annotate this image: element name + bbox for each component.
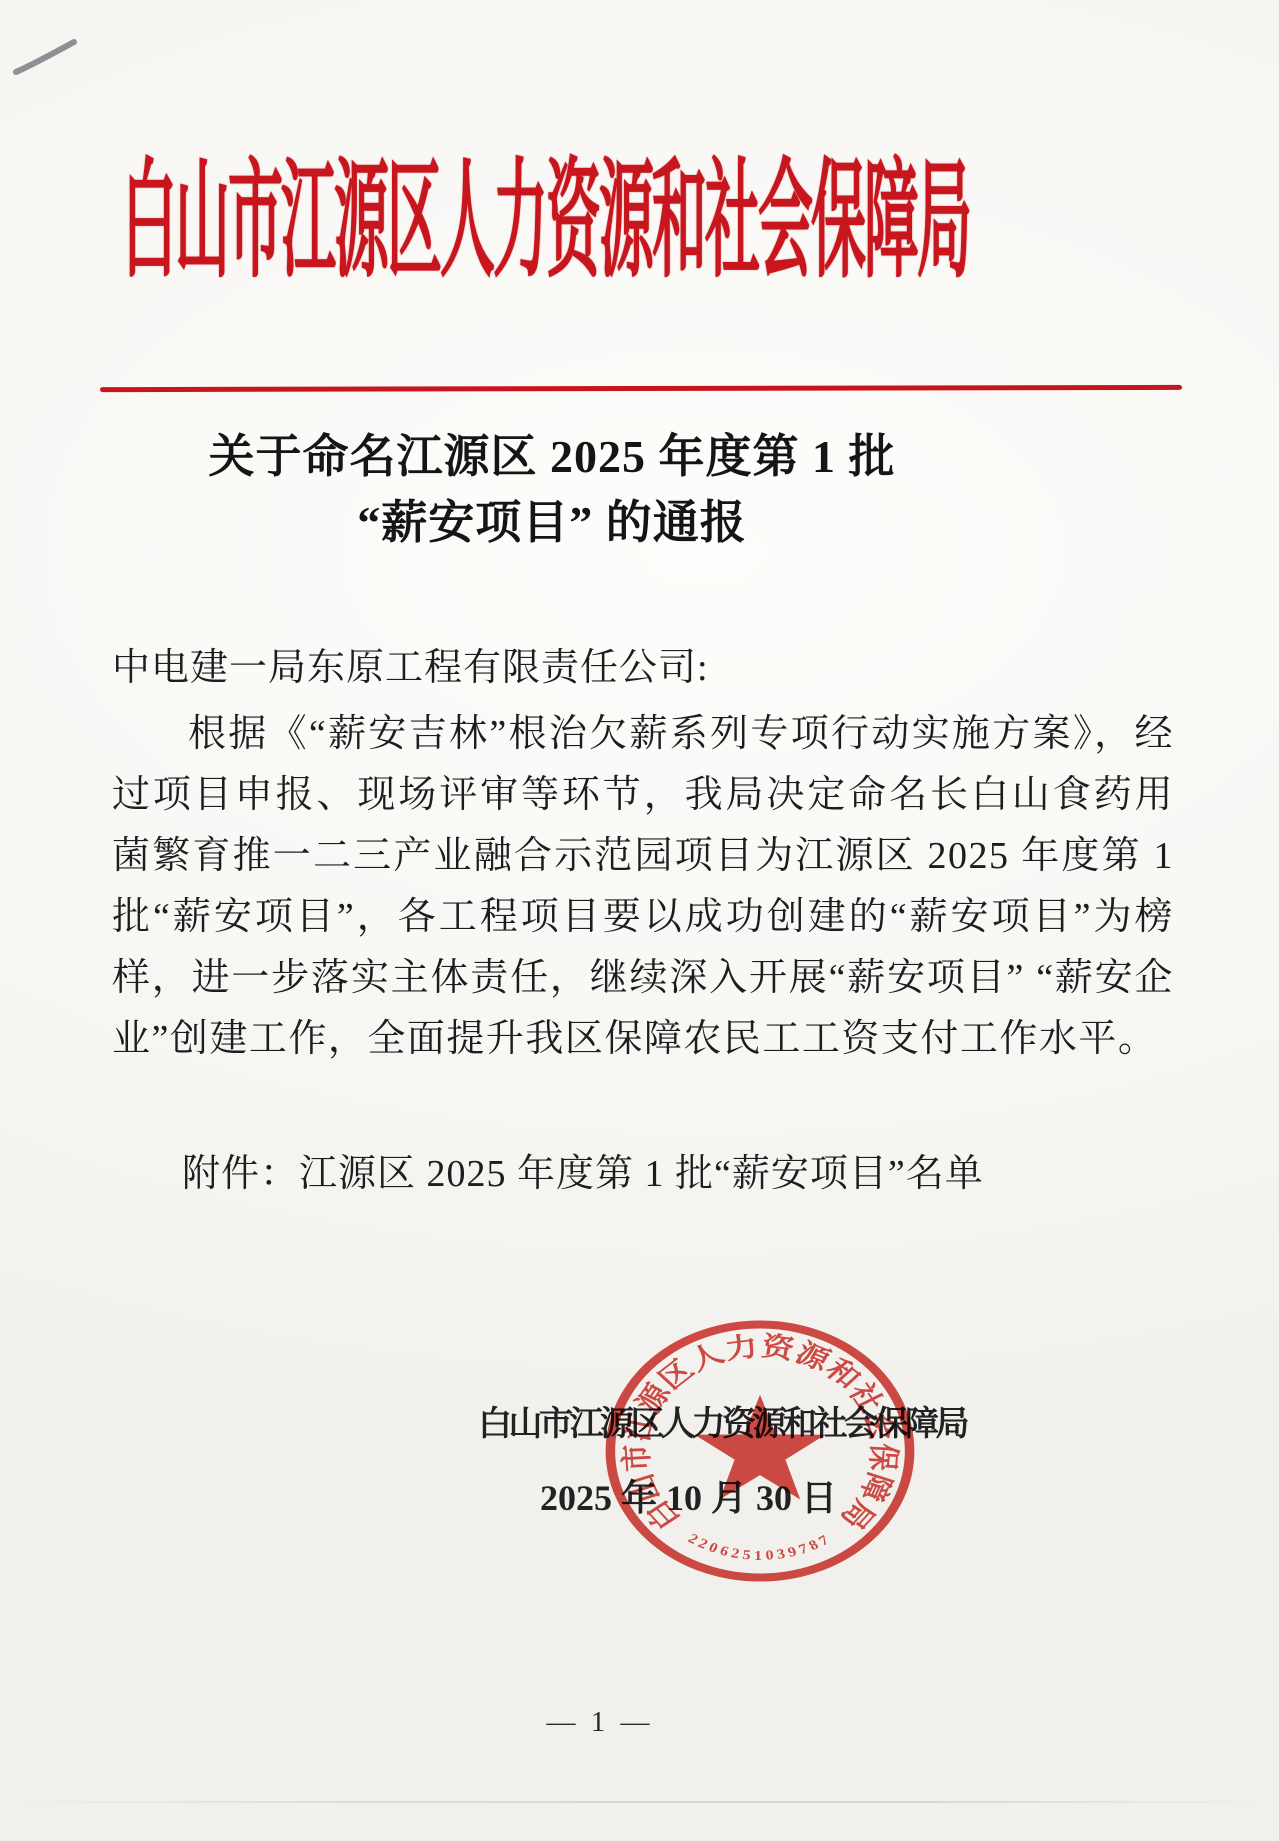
attachment-line: 附件：江源区 2025 年度第 1 批“薪安项目”名单 bbox=[112, 1148, 1174, 1200]
pencil-mark bbox=[10, 30, 90, 80]
letterhead-divider bbox=[100, 385, 1182, 392]
official-seal: 白山市江源区人力资源和社会保障局 2206251039787 bbox=[598, 1314, 922, 1588]
scan-crease bbox=[0, 1801, 1279, 1803]
seal-serial-number: 2206251039787 bbox=[685, 1531, 836, 1563]
scanned-document-page: 白山市江源区人力资源和社会保障局 关于命名江源区 2025 年度第 1 批 “薪… bbox=[0, 0, 1279, 1841]
letterhead: 白山市江源区人力资源和社会保障局 bbox=[118, 150, 974, 292]
salutation: 中电建一局东原工程有限责任公司: bbox=[112, 644, 1174, 692]
document-title-line1: 关于命名江源区 2025 年度第 1 批 bbox=[110, 424, 994, 490]
document-title-line2: “薪安项目” 的通报 bbox=[110, 490, 994, 556]
seal-star-icon bbox=[695, 1395, 826, 1500]
document-title: 关于命名江源区 2025 年度第 1 批 “薪安项目” 的通报 bbox=[110, 424, 994, 556]
body-paragraph: 根据《“薪安吉林”根治欠薪系列专项行动实施方案》，经过项目申报、现场评审等环节，… bbox=[112, 704, 1174, 1070]
page-number: — 1 — bbox=[500, 1706, 700, 1739]
letterhead-org-name: 白山市江源区人力资源和社会保障局 bbox=[122, 156, 970, 285]
